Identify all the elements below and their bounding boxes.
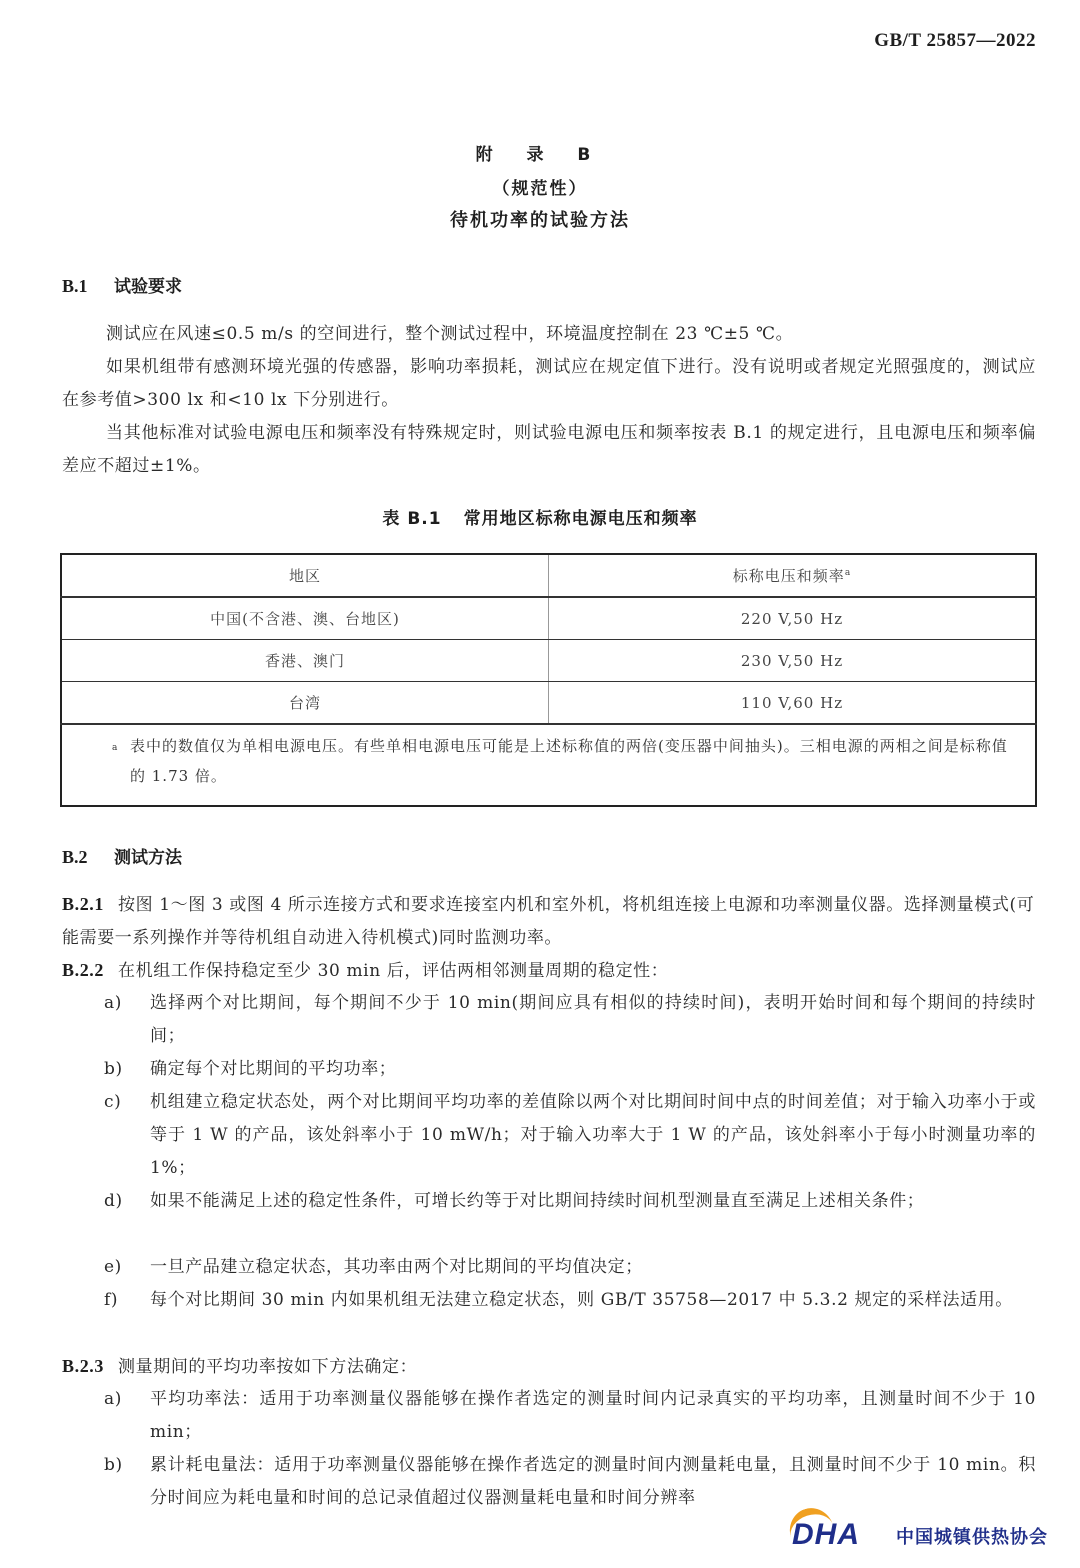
table-cell: 110 V,60 Hz	[549, 682, 1037, 725]
footnote-text: 表中的数值仅为单相电源电压。有些单相电源电压可能是上述标称值的两倍(变压器中间抽…	[130, 731, 1023, 791]
table-footnote: a 表中的数值仅为单相电源电压。有些单相电源电压可能是上述标称值的两倍(变压器中…	[61, 724, 1036, 806]
list-marker: c)	[104, 1086, 150, 1119]
standard-number: GB/T 25857—2022	[874, 30, 1036, 52]
section-heading-b2: B.2测试方法	[62, 843, 182, 868]
organization-name: 中国城镇供热协会	[896, 1523, 1048, 1549]
annex-type: （规范性）	[0, 174, 1080, 199]
section-title: 试验要求	[114, 277, 182, 297]
table-caption-number: 表 B.1	[382, 509, 441, 529]
table-row: 中国(不含港、澳、台地区) 220 V,50 Hz	[61, 597, 1036, 640]
clause-b21: B.2.1按图 1～图 3 或图 4 所示连接方式和要求连接室内机和室外机，将机…	[62, 888, 1036, 955]
watermark-logo: DHA 中国城镇供热协会	[784, 1508, 1064, 1556]
list-text: 一旦产品建立稳定状态，其功率由两个对比期间的平均值决定；	[150, 1251, 1036, 1284]
clause-text: 按图 1～图 3 或图 4 所示连接方式和要求连接室内机和室外机，将机组连接上电…	[62, 895, 1034, 948]
list-item: e)一旦产品建立稳定状态，其功率由两个对比期间的平均值决定；	[104, 1251, 1036, 1284]
clause-text: 测量期间的平均功率按如下方法确定：	[118, 1357, 417, 1377]
list-item: b)确定每个对比期间的平均功率；	[104, 1053, 1036, 1086]
list-text: 平均功率法：适用于功率测量仪器能够在操作者选定的测量时间内记录真实的平均功率，且…	[150, 1383, 1036, 1449]
list-marker: a)	[104, 987, 150, 1020]
clause-number: B.2.1	[62, 894, 104, 914]
clause-number: B.2.3	[62, 1356, 104, 1376]
clause-number: B.2.2	[62, 960, 104, 980]
list-marker: f)	[104, 1284, 150, 1317]
paragraph: 如果机组带有感测环境光强的传感器，影响功率损耗，测试应在规定值下进行。没有说明或…	[62, 351, 1036, 417]
section-title: 测试方法	[114, 848, 182, 868]
section-heading-b1: B.1试验要求	[62, 272, 182, 297]
list-marker: a)	[104, 1383, 150, 1416]
list-text: 确定每个对比期间的平均功率；	[150, 1053, 1036, 1086]
list-item: d)如果不能满足上述的稳定性条件，可增长约等于对比期间持续时间机型测量直至满足上…	[104, 1185, 1036, 1218]
table-header-cell: 地区	[61, 554, 549, 597]
list-item: b)累计耗电量法：适用于功率测量仪器能够在操作者选定的测量时间内测量耗电量，且测…	[104, 1449, 1036, 1515]
list-marker: b)	[104, 1449, 150, 1482]
list-item: c)机组建立稳定状态处，两个对比期间平均功率的差值除以两个对比期间时间中点的时间…	[104, 1086, 1036, 1185]
list-text: 如果不能满足上述的稳定性条件，可增长约等于对比期间持续时间机型测量直至满足上述相…	[150, 1185, 1036, 1218]
list-text: 选择两个对比期间，每个期间不少于 10 min(期间应具有相似的持续时间)，表明…	[150, 987, 1036, 1053]
footnote-marker: a	[112, 733, 118, 763]
table-caption: 表 B.1常用地区标称电源电压和频率	[0, 504, 1080, 529]
table-cell: 香港、澳门	[61, 640, 549, 682]
annex-title: 待机功率的试验方法	[0, 206, 1080, 232]
table-cell: 220 V,50 Hz	[549, 597, 1037, 640]
table-cell: 台湾	[61, 682, 549, 725]
list-item: a)平均功率法：适用于功率测量仪器能够在操作者选定的测量时间内记录真实的平均功率…	[104, 1383, 1036, 1449]
list-text: 机组建立稳定状态处，两个对比期间平均功率的差值除以两个对比期间时间中点的时间差值…	[150, 1086, 1036, 1185]
table-header-cell: 标称电压和频率a	[549, 554, 1037, 597]
footnote-marker: a	[845, 568, 851, 578]
paragraph: 测试应在风速≤0.5 m/s 的空间进行，整个测试过程中，环境温度控制在 23 …	[62, 318, 1036, 351]
table-row: 台湾 110 V,60 Hz	[61, 682, 1036, 725]
list-item: a)选择两个对比期间，每个期间不少于 10 min(期间应具有相似的持续时间)，…	[104, 987, 1036, 1053]
clause-b22: B.2.2在机组工作保持稳定至少 30 min 后，评估两相邻测量周期的稳定性：	[62, 954, 1036, 988]
table-footnote-row: a 表中的数值仅为单相电源电压。有些单相电源电压可能是上述标称值的两倍(变压器中…	[61, 724, 1036, 806]
clause-b23: B.2.3测量期间的平均功率按如下方法确定：	[62, 1350, 1036, 1384]
table-header-row: 地区 标称电压和频率a	[61, 554, 1036, 597]
annex-label: 附 录 B	[0, 140, 1080, 165]
table-cell: 230 V,50 Hz	[549, 640, 1037, 682]
section-number: B.2	[62, 847, 114, 868]
list-marker: e)	[104, 1251, 150, 1284]
table-cell: 中国(不含港、澳、台地区)	[61, 597, 549, 640]
list-item: f)每个对比期间 30 min 内如果机组无法建立稳定状态，则 GB/T 357…	[104, 1284, 1036, 1317]
list-marker: d)	[104, 1185, 150, 1218]
clause-text: 在机组工作保持稳定至少 30 min 后，评估两相邻测量周期的稳定性：	[118, 961, 668, 981]
list-text: 累计耗电量法：适用于功率测量仪器能够在操作者选定的测量时间内测量耗电量，且测量时…	[150, 1449, 1036, 1515]
section-number: B.1	[62, 276, 114, 297]
table-caption-title: 常用地区标称电源电压和频率	[464, 509, 698, 529]
logo-text: DHA	[792, 1518, 860, 1552]
paragraph: 当其他标准对试验电源电压和频率没有特殊规定时，则试验电源电压和频率按表 B.1 …	[62, 417, 1036, 483]
list-text: 每个对比期间 30 min 内如果机组无法建立稳定状态，则 GB/T 35758…	[150, 1284, 1036, 1317]
list-marker: b)	[104, 1053, 150, 1086]
table-row: 香港、澳门 230 V,50 Hz	[61, 640, 1036, 682]
voltage-frequency-table: 地区 标称电压和频率a 中国(不含港、澳、台地区) 220 V,50 Hz 香港…	[60, 553, 1037, 807]
